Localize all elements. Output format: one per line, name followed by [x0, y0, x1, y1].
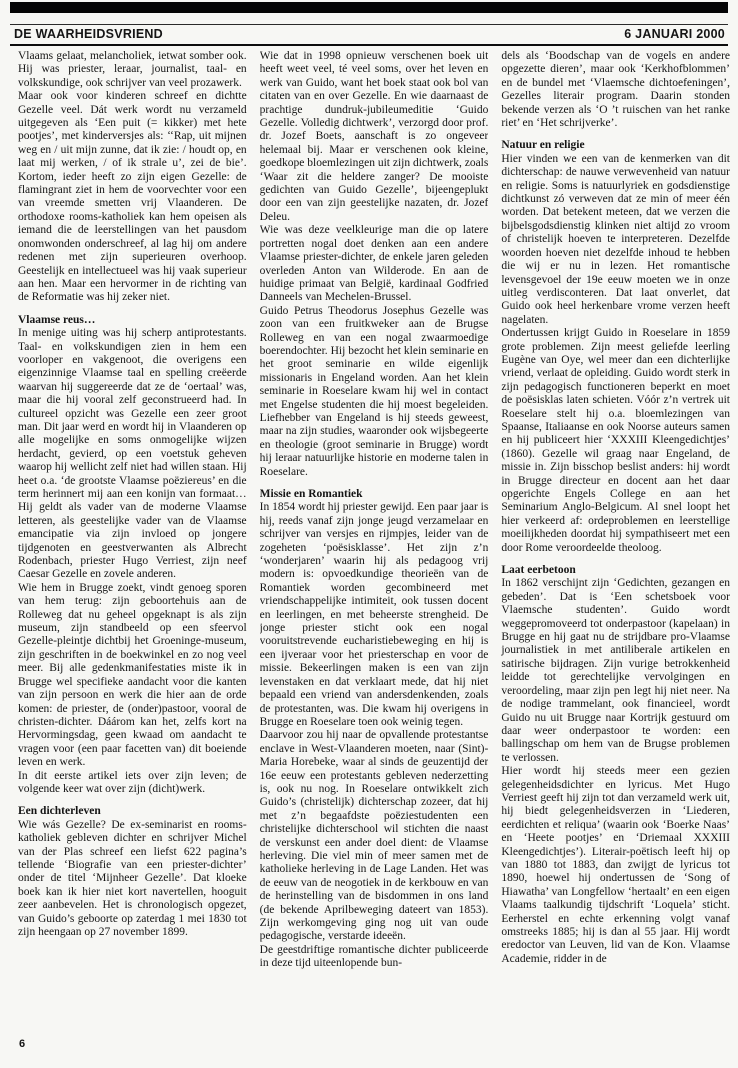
paragraph: Ondertussen krijgt Guido in Roeselare in…	[501, 327, 730, 555]
paragraph: Hier wordt hij steeds meer een gezien ge…	[501, 765, 730, 966]
text-column: Wie dat in 1998 opnieuw verschenen boek …	[260, 50, 489, 1018]
top-black-bar	[10, 2, 728, 13]
masthead: DE WAARHEIDSVRIEND 6 JANUARI 2000	[10, 24, 728, 46]
paragraph: dels als ‘Boodschap van de vogels en and…	[501, 50, 730, 130]
section-heading: Natuur en religie	[501, 139, 730, 152]
publication-title: DE WAARHEIDSVRIEND	[14, 27, 163, 41]
paragraph: In 1854 wordt hij priester gewijd. Een p…	[260, 501, 489, 729]
page-number: 6	[19, 1038, 25, 1050]
section-heading: Vlaamse reus…	[18, 314, 247, 327]
paragraph: Maar ook voor kinderen schreef en dichtt…	[18, 90, 247, 305]
paragraph: Hier vinden we een van de kenmerken van …	[501, 153, 730, 327]
paragraph: Guido Petrus Theodorus Josephus Gezelle …	[260, 305, 489, 479]
paragraph: In 1862 verschijnt zijn ‘Gedichten, geza…	[501, 577, 730, 765]
text-column: Vlaams gelaat, melancholiek, ietwat somb…	[18, 50, 247, 1018]
section-heading: Laat eerbetoon	[501, 564, 730, 577]
paragraph: In dit eerste artikel iets over zijn lev…	[18, 770, 247, 797]
newspaper-page: { "header": { "title": "DE WAARHEIDSVRIE…	[0, 0, 738, 1068]
paragraph: De geestdriftige romantische dichter pub…	[260, 944, 489, 971]
paragraph: Wie hem in Brugge zoekt, vindt genoeg sp…	[18, 582, 247, 770]
paragraph: In menige uiting was hij scherp antiprot…	[18, 327, 247, 582]
paragraph: Wie wás Gezelle? De ex-seminarist en roo…	[18, 819, 247, 940]
paragraph: Vlaams gelaat, melancholiek, ietwat somb…	[18, 50, 247, 90]
section-heading: Een dichterleven	[18, 805, 247, 818]
paragraph: Daarvoor zou hij naar de opvallende prot…	[260, 729, 489, 944]
article-body: Vlaams gelaat, melancholiek, ietwat somb…	[18, 50, 730, 1018]
text-column: dels als ‘Boodschap van de vogels en and…	[501, 50, 730, 1018]
paragraph: Wie dat in 1998 opnieuw verschenen boek …	[260, 50, 489, 224]
issue-date: 6 JANUARI 2000	[624, 27, 725, 41]
section-heading: Missie en Romantiek	[260, 488, 489, 501]
paragraph: Wie was deze veelkleurige man die op lat…	[260, 224, 489, 304]
